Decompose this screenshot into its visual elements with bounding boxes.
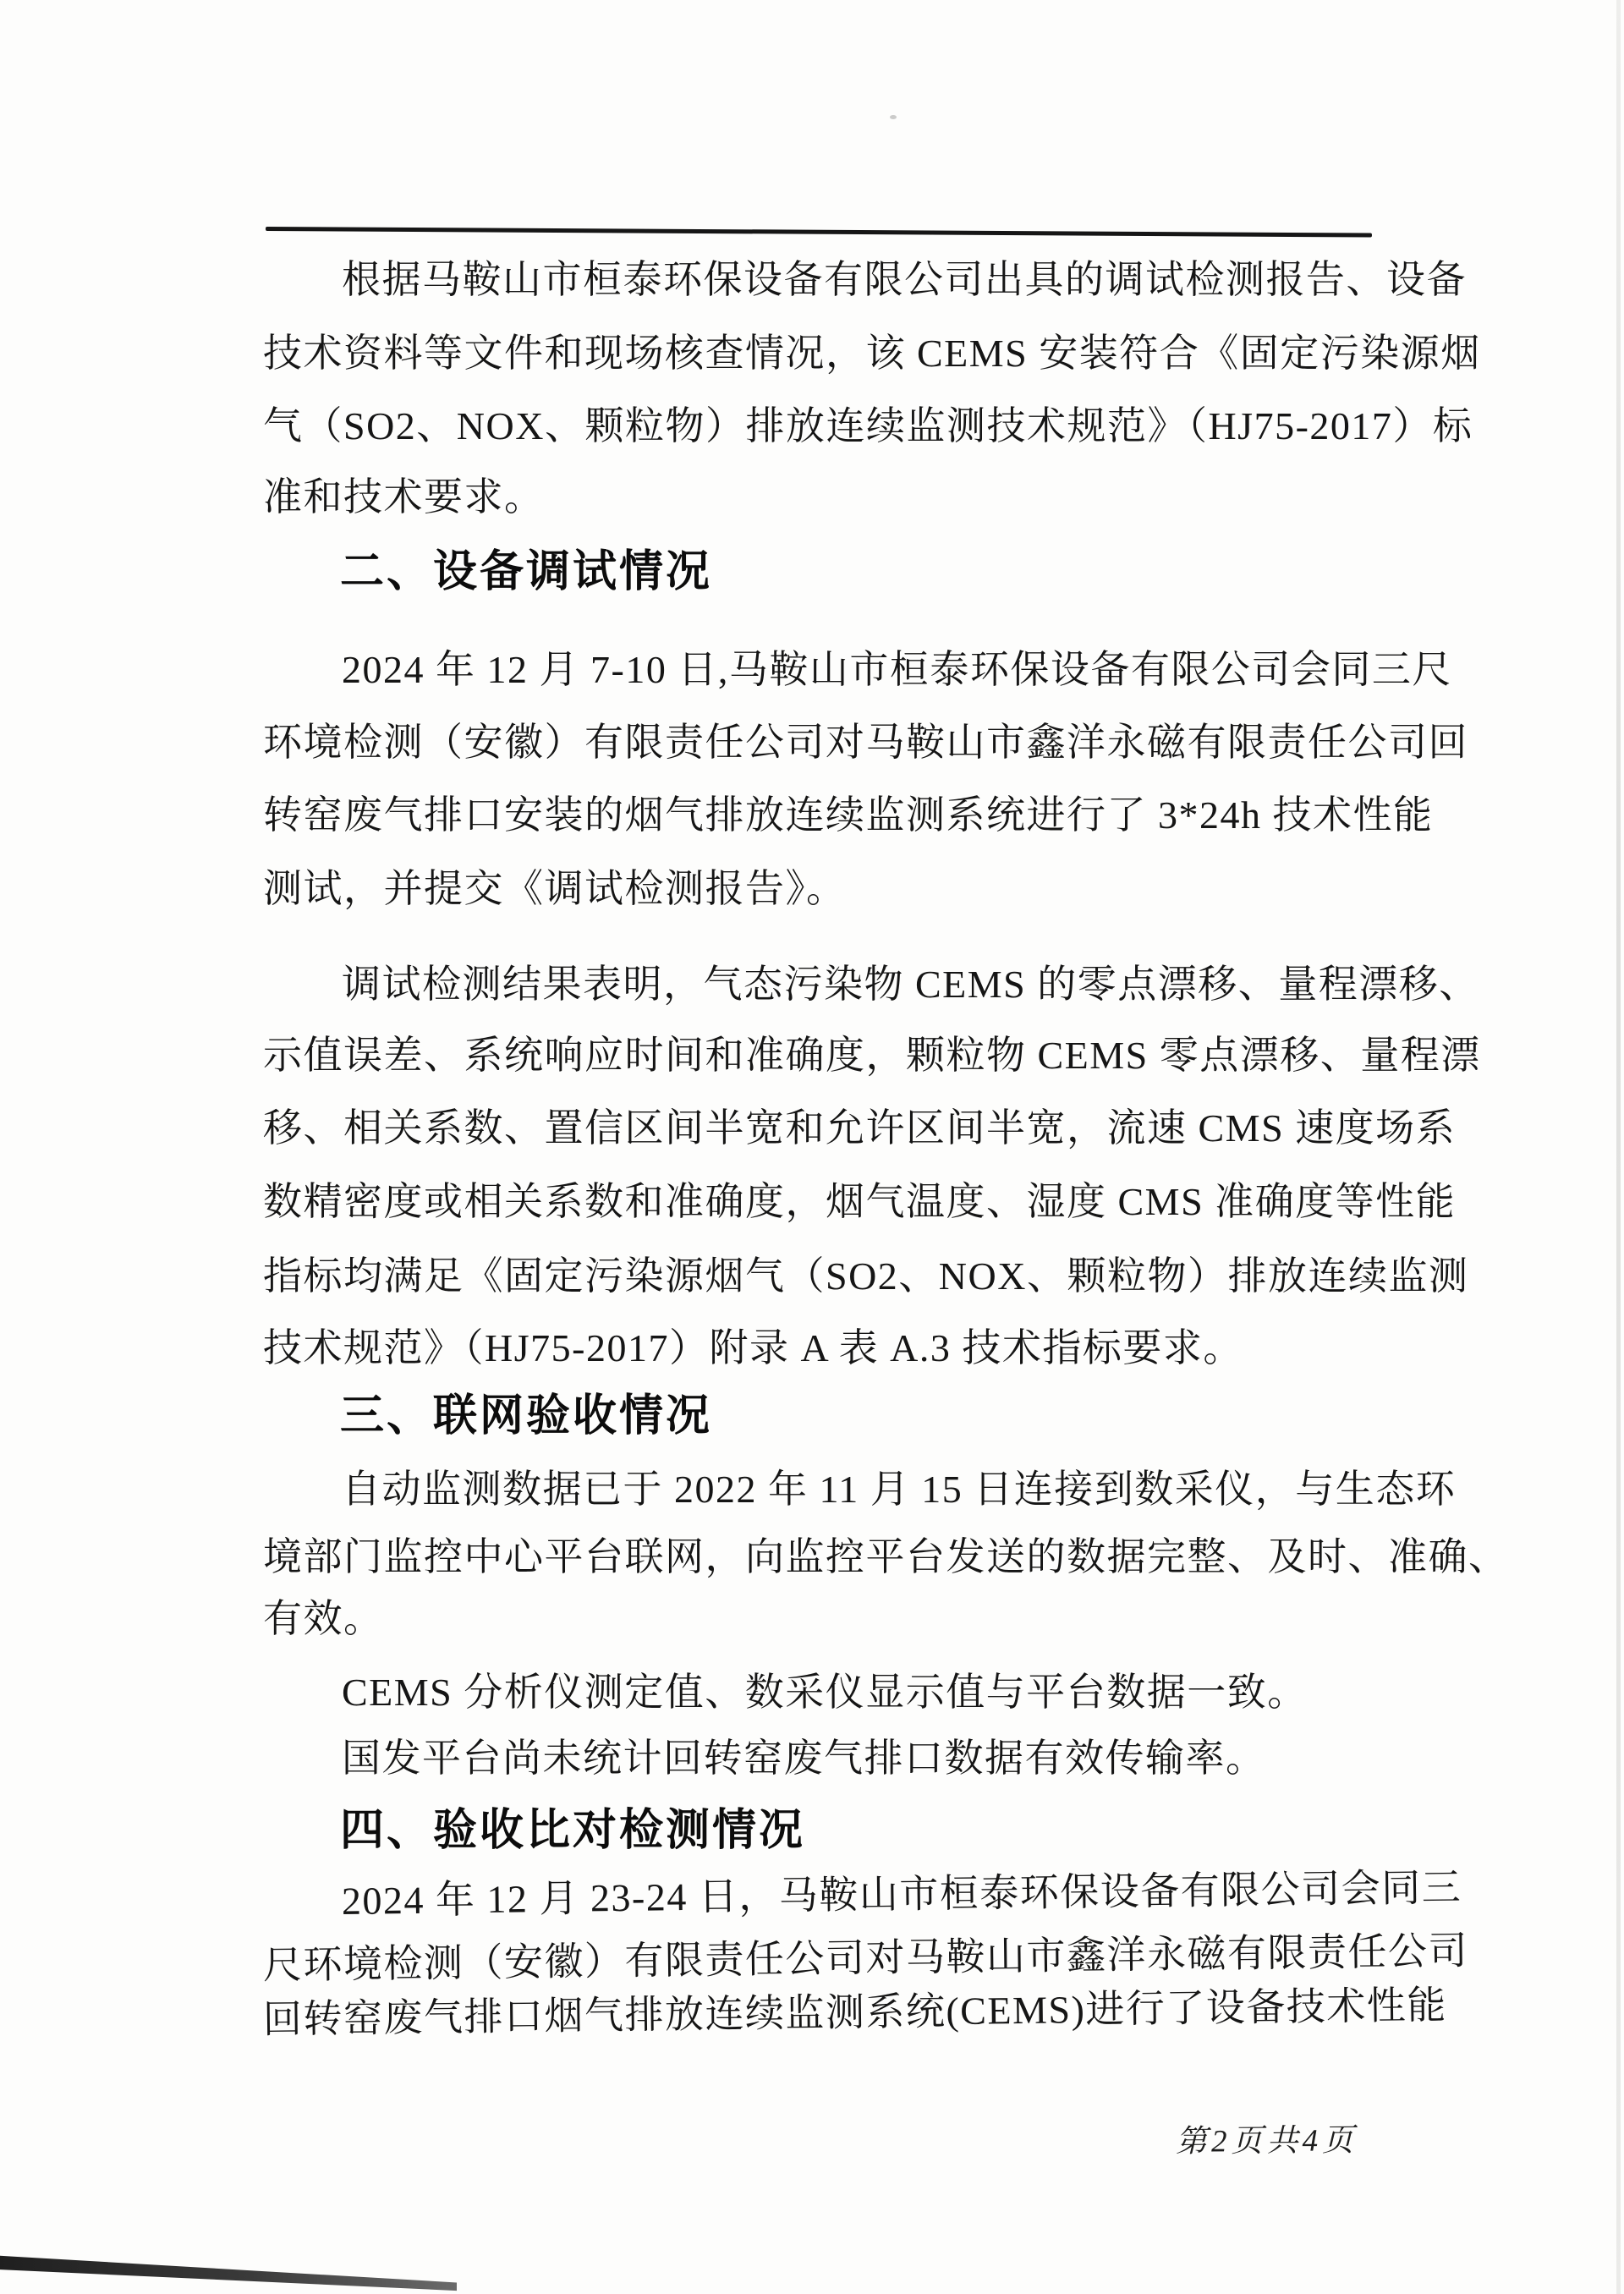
paragraph-line: 自动监测数据已于 2022 年 11 月 15 日连接到数采仪，与生态环 <box>342 1468 1456 1512</box>
paragraph-line: 2024 年 12 月 23-24 日，马鞍山市桓泰环保设备有限公司会同三 <box>342 1866 1462 1924</box>
paragraph-line: 指标均满足《固定污染源烟气（SO2、NOX、颗粒物）排放连续监测 <box>263 1254 1468 1299</box>
paragraph-line: 技术规范》（HJ75-2017）附录 A 表 A.3 技术指标要求。 <box>263 1326 1243 1371</box>
scan-edge-shadow <box>1616 0 1621 2294</box>
paragraph-line: 移、相关系数、置信区间半宽和允许区间半宽，流速 CMS 速度场系 <box>263 1106 1456 1151</box>
paragraph-line: 技术资料等文件和现场核查情况，该 CEMS 安装符合《固定污染源烟 <box>263 332 1481 376</box>
scan-edge-artifact <box>0 2252 457 2292</box>
paragraph-line: 国发平台尚未统计回转窑废气排口数据有效传输率。 <box>342 1737 1266 1781</box>
scan-speck-artifact <box>890 115 897 119</box>
page-number: 第2页共4页 <box>1176 2114 1358 2160</box>
paragraph-line: 调试检测结果表明，气态污染物 CEMS 的零点漂移、量程漂移、 <box>342 963 1479 1007</box>
paragraph-line: 气（SO2、NOX、颗粒物）排放连续监测技术规范》（HJ75-2017）标 <box>263 404 1473 449</box>
header-separator-line <box>266 227 1372 238</box>
paragraph-line: 尺环境检测（安徽）有限责任公司对马鞍山市鑫洋永磁有限责任公司 <box>263 1929 1469 1989</box>
paragraph-line: CEMS 分析仪测定值、数采仪显示值与平台数据一致。 <box>342 1671 1308 1715</box>
paragraph-line: 示值误差、系统响应时间和准确度，颗粒物 CEMS 零点漂移、量程漂 <box>263 1034 1481 1078</box>
paragraph-line: 数精密度或相关系数和准确度，烟气温度、湿度 CMS 准确度等性能 <box>263 1180 1456 1225</box>
section-heading-2: 二、设备调试情况 <box>340 548 712 596</box>
paragraph-line: 根据马鞍山市桓泰环保设备有限公司出具的调试检测报告、设备 <box>342 258 1467 303</box>
paragraph-line: 环境检测（安徽）有限责任公司对马鞍山市鑫洋永磁有限责任公司回 <box>263 721 1468 766</box>
paragraph-line: 2024 年 12 月 7-10 日,马鞍山市桓泰环保设备有限公司会同三尺 <box>342 648 1452 693</box>
section-heading-4: 四、验收比对检测情况 <box>340 1807 805 1855</box>
paragraph-line: 转窑废气排口安装的烟气排放连续监测系统进行了 3*24h 技术性能 <box>263 793 1434 838</box>
scanned-document-page: 根据马鞍山市桓泰环保设备有限公司出具的调试检测报告、设备 技术资料等文件和现场核… <box>0 0 1624 2294</box>
paragraph-line: 准和技术要求。 <box>263 475 545 520</box>
paragraph-line: 回转窑废气排口烟气排放连续监测系统(CEMS)进行了设备技术性能 <box>263 1984 1447 2043</box>
section-heading-3: 三、联网验收情况 <box>340 1392 712 1441</box>
paragraph-line: 测试，并提交《调试检测报告》。 <box>263 867 847 912</box>
paragraph-line: 境部门监控中心平台联网，向监控平台发送的数据完整、及时、准确、 <box>263 1535 1509 1580</box>
paragraph-line: 有效。 <box>263 1597 384 1642</box>
